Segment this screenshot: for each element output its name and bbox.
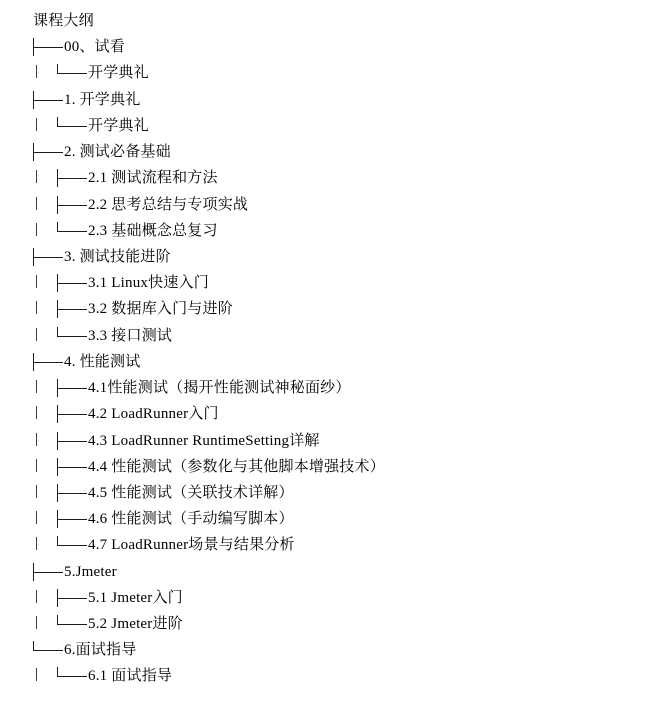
tree-pipe-icon — [36, 459, 37, 472]
tree-tee-icon — [57, 296, 87, 322]
tree-row: 2.3 基础概念总复习 — [0, 218, 650, 244]
tree-pipe-icon — [36, 380, 37, 393]
tree-pipe-icon — [36, 170, 37, 183]
page-title: 课程大纲 — [33, 8, 94, 34]
tree-row: 4.6 性能测试（手动编写脚本） — [0, 506, 650, 532]
tree-row: 3. 测试技能进阶 — [0, 244, 650, 270]
tree-pipe-icon — [36, 118, 37, 131]
tree-row: 3.2 数据库入门与进阶 — [0, 296, 650, 322]
tree-item-label: 5.2 Jmeter进阶 — [88, 611, 183, 637]
tree-tee-icon — [57, 585, 87, 611]
tree-row: 4.5 性能测试（关联技术详解） — [0, 480, 650, 506]
tree-row: 3.3 接口测试 — [0, 323, 650, 349]
tree-pipe-icon — [36, 616, 37, 629]
tree-item-label: 1. 开学典礼 — [64, 87, 140, 113]
tree-item-label: 开学典礼 — [88, 60, 149, 86]
tree-item-label: 2.3 基础概念总复习 — [88, 218, 218, 244]
tree-item-label: 3.1 Linux快速入门 — [88, 270, 209, 296]
tree-tee-icon — [57, 270, 87, 296]
tree-tee-icon — [57, 454, 87, 480]
tree-row: 3.1 Linux快速入门 — [0, 270, 650, 296]
tree-row: 开学典礼 — [0, 113, 650, 139]
tree-pipe-icon — [36, 328, 37, 341]
tree-elbow-icon — [57, 218, 87, 244]
tree-item-label: 2. 测试必备基础 — [64, 139, 171, 165]
tree-tee-icon — [57, 375, 87, 401]
tree-pipe-icon — [36, 433, 37, 446]
tree-row: 4.2 LoadRunner入门 — [0, 401, 650, 427]
tree-elbow-icon — [57, 60, 87, 86]
tree-elbow-icon — [57, 663, 87, 689]
tree-row: 5.Jmeter — [0, 559, 650, 585]
course-outline-page: 课程大纲 00、试看 开学典礼 1. 开学典礼 开学典礼 2. 测试必备基础 2… — [0, 0, 650, 712]
tree-item-label: 2.1 测试流程和方法 — [88, 165, 218, 191]
tree-tee-icon — [33, 349, 63, 375]
tree-tee-icon — [57, 165, 87, 191]
tree-item-label: 4.5 性能测试（关联技术详解） — [88, 480, 294, 506]
tree-pipe-icon — [36, 590, 37, 603]
tree-elbow-icon — [33, 637, 63, 663]
tree-elbow-icon — [57, 611, 87, 637]
tree-row: 6.面试指导 — [0, 637, 650, 663]
tree-item-label: 4.6 性能测试（手动编写脚本） — [88, 506, 294, 532]
tree-row: 2.1 测试流程和方法 — [0, 165, 650, 191]
tree-row: 4. 性能测试 — [0, 349, 650, 375]
tree-item-label: 3. 测试技能进阶 — [64, 244, 171, 270]
tree-elbow-icon — [57, 323, 87, 349]
tree-tee-icon — [57, 192, 87, 218]
tree-item-label: 6.1 面试指导 — [88, 663, 172, 689]
tree-tee-icon — [57, 428, 87, 454]
tree-pipe-icon — [36, 197, 37, 210]
tree-tee-icon — [33, 34, 63, 60]
tree-row: 1. 开学典礼 — [0, 87, 650, 113]
tree-item-label: 4. 性能测试 — [64, 349, 140, 375]
tree-row: 4.1性能测试（揭开性能测试神秘面纱） — [0, 375, 650, 401]
tree-pipe-icon — [36, 668, 37, 681]
title-row: 课程大纲 — [0, 8, 650, 34]
tree-row: 5.1 Jmeter入门 — [0, 585, 650, 611]
tree-item-label: 4.1性能测试（揭开性能测试神秘面纱） — [88, 375, 351, 401]
tree-item-label: 4.7 LoadRunner场景与结果分析 — [88, 532, 295, 558]
tree-pipe-icon — [36, 301, 37, 314]
tree-item-label: 4.4 性能测试（参数化与其他脚本增强技术） — [88, 454, 385, 480]
tree-tee-icon — [33, 559, 63, 585]
tree-item-label: 2.2 思考总结与专项实战 — [88, 192, 248, 218]
tree-item-label: 3.3 接口测试 — [88, 323, 172, 349]
tree-row: 6.1 面试指导 — [0, 663, 650, 689]
tree-tee-icon — [57, 401, 87, 427]
tree-pipe-icon — [36, 223, 37, 236]
tree-item-label: 4.2 LoadRunner入门 — [88, 401, 219, 427]
tree-pipe-icon — [36, 537, 37, 550]
tree-tee-icon — [33, 244, 63, 270]
tree-tee-icon — [57, 506, 87, 532]
tree-item-label: 6.面试指导 — [64, 637, 136, 663]
tree-pipe-icon — [36, 65, 37, 78]
tree-pipe-icon — [36, 406, 37, 419]
tree-elbow-icon — [57, 532, 87, 558]
tree-item-label: 4.3 LoadRunner RuntimeSetting详解 — [88, 428, 320, 454]
tree-row: 4.7 LoadRunner场景与结果分析 — [0, 532, 650, 558]
tree-row: 开学典礼 — [0, 60, 650, 86]
tree-item-label: 3.2 数据库入门与进阶 — [88, 296, 233, 322]
tree-pipe-icon — [36, 511, 37, 524]
tree-tee-icon — [33, 87, 63, 113]
tree-item-label: 00、试看 — [64, 34, 125, 60]
tree-row: 5.2 Jmeter进阶 — [0, 611, 650, 637]
tree-tee-icon — [33, 139, 63, 165]
tree-elbow-icon — [57, 113, 87, 139]
tree-pipe-icon — [36, 275, 37, 288]
tree-row: 2.2 思考总结与专项实战 — [0, 192, 650, 218]
tree-row: 4.3 LoadRunner RuntimeSetting详解 — [0, 428, 650, 454]
tree-item-label: 5.Jmeter — [64, 559, 117, 585]
tree-tee-icon — [57, 480, 87, 506]
tree-item-label: 5.1 Jmeter入门 — [88, 585, 183, 611]
tree-pipe-icon — [36, 485, 37, 498]
tree-item-label: 开学典礼 — [88, 113, 149, 139]
tree-row: 4.4 性能测试（参数化与其他脚本增强技术） — [0, 454, 650, 480]
tree-row: 2. 测试必备基础 — [0, 139, 650, 165]
tree-row: 00、试看 — [0, 34, 650, 60]
